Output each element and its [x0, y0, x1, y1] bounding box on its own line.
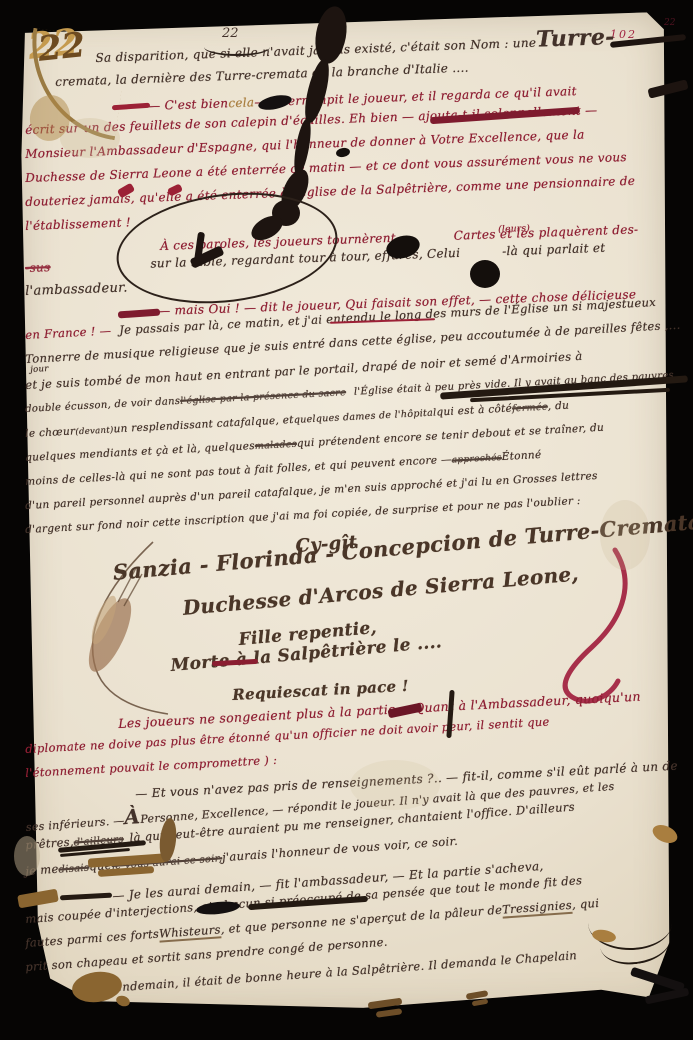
manuscript-text: Étonné — [501, 450, 541, 463]
brown-mark — [376, 1008, 403, 1018]
pen-arc — [204, 38, 270, 56]
manuscript-text: le chœur — [25, 426, 76, 439]
manuscript-line: l'ambassadeur. — [25, 281, 128, 298]
ink-dot — [470, 260, 500, 288]
photograph-background: 22 22 22 102 22 Sa disparition, que si e… — [0, 0, 693, 1040]
manuscript-text: , du — [548, 400, 570, 412]
manuscript-text: disais — [58, 864, 89, 876]
edge-smudge — [14, 836, 40, 876]
paper-stain — [600, 500, 650, 570]
brown-mark — [472, 999, 489, 1007]
manuscript-line: jour — [30, 365, 49, 374]
manuscript-text: malades — [255, 440, 298, 452]
manuscript-text: Turre- — [536, 26, 615, 51]
manuscript-text: — C'est bien — [148, 97, 229, 112]
manuscript-text: À — [124, 806, 141, 827]
manuscript-text: (devant) — [75, 426, 114, 436]
manuscript-text: l'établissement ! — [25, 216, 131, 232]
paper-stain — [350, 760, 440, 810]
manuscript-text: jour — [30, 365, 49, 374]
folio-number-corner: 22 — [664, 18, 675, 28]
manuscript-text: -là qui parlait et — [502, 242, 606, 258]
manuscript-line: l'établissement ! — [25, 216, 131, 232]
manuscript-text: fermée — [512, 403, 548, 414]
manuscript-text: l'ambassadeur. — [25, 281, 128, 298]
manuscript-text: -sus — [25, 261, 51, 274]
manuscript-text: cela — [228, 96, 254, 109]
